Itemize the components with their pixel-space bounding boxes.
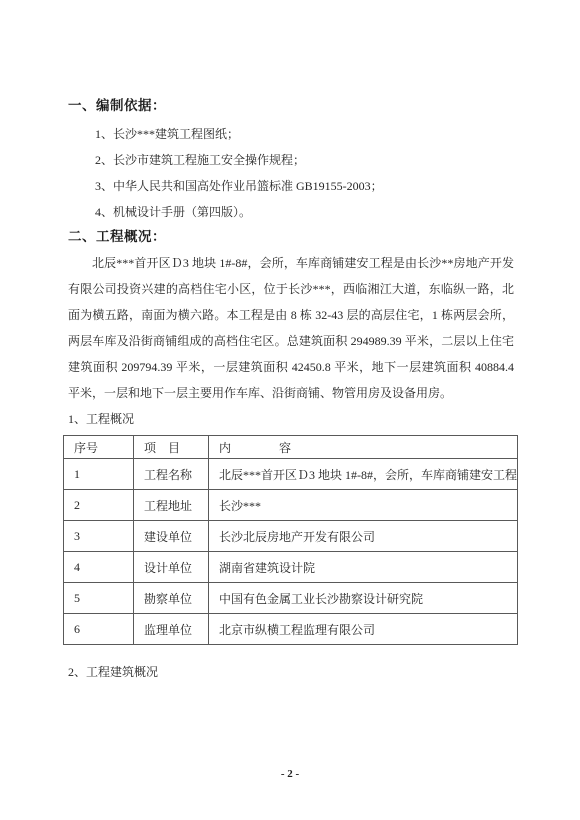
reference-item-4: 4、机械设计手册（第四版）。 [95, 199, 514, 225]
document-page: 一、编制依据： 1、长沙***建筑工程图纸； 2、长沙市建筑工程施工安全操作规程… [0, 0, 580, 820]
cell-item: 建设单位 [134, 521, 209, 552]
cell-content: 长沙北辰房地产开发有限公司 [209, 521, 518, 552]
cell-content: 北京市纵横工程监理有限公司 [209, 614, 518, 645]
column-header-item: 项 目 [134, 436, 209, 459]
cell-content: 中国有色金属工业长沙勘察设计研究院 [209, 583, 518, 614]
subheading-building-overview: 2、工程建筑概况 [68, 659, 514, 685]
cell-no: 4 [64, 552, 134, 583]
table-row: 1 工程名称 北辰***首开区Ｄ3 地块 1#-8#，会所，车库商铺建安工程 [64, 459, 518, 490]
reference-item-1: 1、长沙***建筑工程图纸； [95, 121, 514, 147]
cell-item: 工程地址 [134, 490, 209, 521]
table-row: 4 设计单位 湖南省建筑设计院 [64, 552, 518, 583]
cell-no: 5 [64, 583, 134, 614]
table-row: 6 监理单位 北京市纵横工程监理有限公司 [64, 614, 518, 645]
cell-no: 1 [64, 459, 134, 490]
overview-paragraph: 北辰***首开区Ｄ3 地块 1#-8#，会所，车库商铺建安工程是由长沙**房地产… [68, 250, 514, 406]
cell-content: 湖南省建筑设计院 [209, 552, 518, 583]
cell-no: 6 [64, 614, 134, 645]
column-header-content: 内 容 [209, 436, 518, 459]
footer-page-number: - 2 - [0, 768, 580, 780]
table-header-row: 序号 项 目 内 容 [64, 436, 518, 459]
cell-item: 监理单位 [134, 614, 209, 645]
cell-no: 2 [64, 490, 134, 521]
table-row: 2 工程地址 长沙*** [64, 490, 518, 521]
reference-item-3: 3、中华人民共和国高处作业吊篮标准 GB19155-2003； [95, 173, 514, 199]
table-row: 5 勘察单位 中国有色金属工业长沙勘察设计研究院 [64, 583, 518, 614]
heading-project-overview: 二、工程概况： [68, 227, 514, 246]
project-info-table: 序号 项 目 内 容 1 工程名称 北辰***首开区Ｄ3 地块 1#-8#，会所… [63, 435, 518, 645]
cell-item: 勘察单位 [134, 583, 209, 614]
cell-no: 3 [64, 521, 134, 552]
column-header-no: 序号 [64, 436, 134, 459]
table-row: 3 建设单位 长沙北辰房地产开发有限公司 [64, 521, 518, 552]
cell-item: 设计单位 [134, 552, 209, 583]
cell-item: 工程名称 [134, 459, 209, 490]
reference-list: 1、长沙***建筑工程图纸； 2、长沙市建筑工程施工安全操作规程； 3、中华人民… [95, 121, 514, 225]
reference-item-2: 2、长沙市建筑工程施工安全操作规程； [95, 147, 514, 173]
cell-content: 长沙*** [209, 490, 518, 521]
cell-content: 北辰***首开区Ｄ3 地块 1#-8#，会所，车库商铺建安工程 [209, 459, 518, 490]
heading-compilation-basis: 一、编制依据： [68, 96, 514, 115]
subheading-project-info: 1、工程概况 [68, 406, 514, 432]
